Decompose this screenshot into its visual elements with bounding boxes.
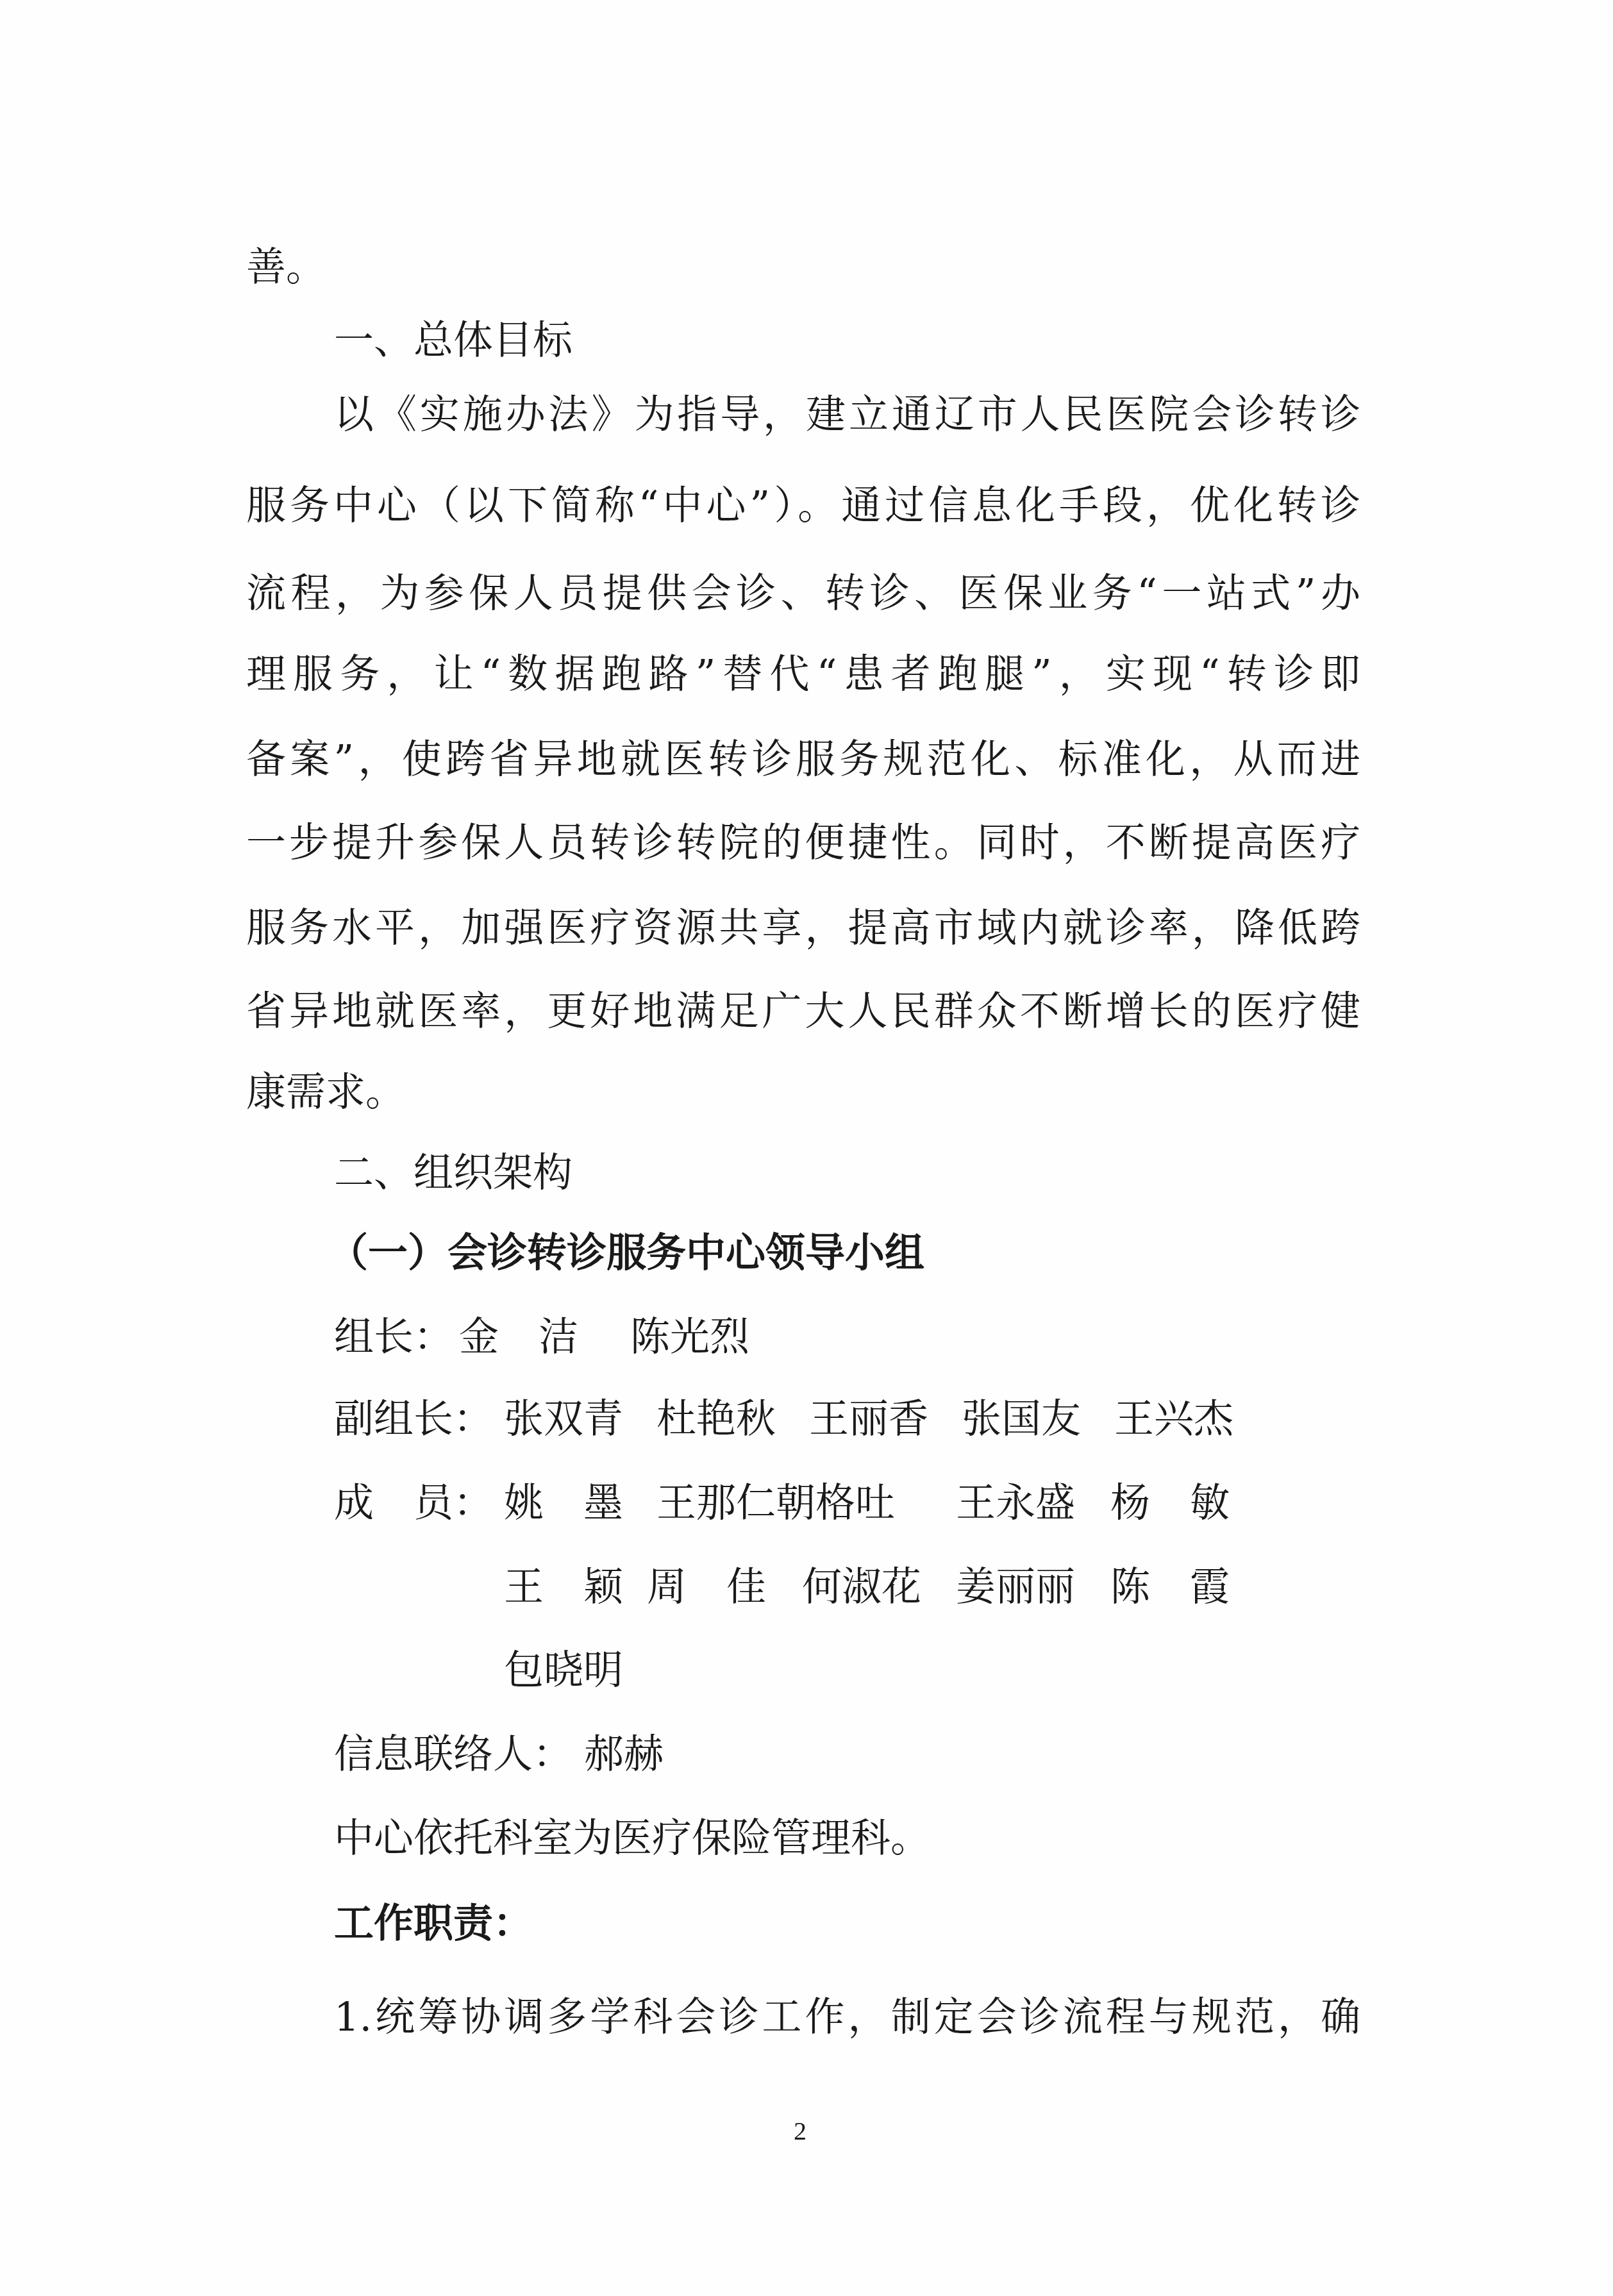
deputy-name: 杜艳秋 (656, 1377, 776, 1461)
section-1-paragraph-line: 理服务，让“数据跑路”替代“患者跑腿”，实现“转诊即 (246, 633, 1360, 716)
section-1-paragraph-line: 以《实施办法》为指导，建立通辽市人民医院会诊转诊 (334, 373, 1360, 456)
members-label: 成 员： (334, 1461, 493, 1545)
section-1-paragraph-line: 省异地就医率，更好地满足广大人民群众不断增长的医疗健 (246, 970, 1360, 1053)
liaison-name: 郝赫 (584, 1713, 664, 1796)
section-1-paragraph-line: 康需求。 (246, 1051, 1360, 1134)
deputy-label: 副组长： (334, 1377, 493, 1461)
deputy-name: 张双青 (504, 1377, 623, 1461)
host-department-text: 中心依托科室为医疗保险管理科。 (334, 1797, 930, 1880)
liaison-row: 信息联络人： 郝赫 (334, 1713, 1103, 1796)
member-name: 周 佳 (647, 1545, 766, 1629)
member-name: 包晓明 (504, 1629, 623, 1712)
duty-item: 1.统筹协调多学科会诊工作，制定会诊流程与规范，确 (334, 1976, 1360, 2059)
liaison-label: 信息联络人： (334, 1713, 572, 1796)
section-1-title: 一、总体目标 (334, 299, 572, 382)
member-name: 杨 敏 (1110, 1461, 1230, 1545)
deputy-row: 副组长： 张双青 杜艳秋 王丽香 张国友 王兴杰 (334, 1377, 1360, 1461)
section-1-paragraph-line: 备案”，使跨省异地就医转诊服务规范化、标准化，从而进 (246, 718, 1360, 801)
member-name: 陈 霞 (1110, 1545, 1230, 1629)
duties-title: 工作职责： (334, 1882, 533, 1965)
section-1-paragraph-line: 服务水平，加强医疗资源共享，提高市域内就诊率，降低跨 (246, 886, 1360, 970)
leader-name: 陈光烈 (630, 1295, 749, 1379)
deputy-name: 王丽香 (809, 1377, 928, 1461)
members-row: 包晓明 (334, 1629, 1360, 1712)
section-1-paragraph-line: 一步提升参保人员转诊转院的便捷性。同时，不断提高医疗 (246, 801, 1360, 885)
members-row: 王 颖 周 佳 何淑花 姜丽丽 陈 霞 (334, 1545, 1360, 1629)
section-1-paragraph-line: 流程，为参保人员提供会诊、转诊、医保业务“一站式”办 (246, 552, 1360, 635)
leader-label: 组长： (334, 1295, 453, 1379)
leader-row: 组长： 金 洁 陈光烈 (334, 1295, 1232, 1379)
section-1-paragraph-line: 服务中心（以下简称“中心”）。通过信息化手段，优化转诊 (246, 464, 1360, 547)
page-number: 2 (787, 2109, 813, 2154)
section-2-title: 二、组织架构 (334, 1131, 572, 1215)
member-name: 姜丽丽 (956, 1545, 1075, 1629)
intro-tail-text: 善。 (246, 226, 1360, 309)
member-name: 王那仁朝格吐 (656, 1461, 895, 1545)
document-page: 善。 一、总体目标 以《实施办法》为指导，建立通辽市人民医院会诊转诊 服务中心（… (0, 0, 1613, 2296)
deputy-name: 张国友 (962, 1377, 1081, 1461)
member-name: 何淑花 (802, 1545, 921, 1629)
deputy-name: 王兴杰 (1114, 1377, 1233, 1461)
leader-name: 金 洁 (459, 1295, 578, 1379)
member-name: 王 颖 (504, 1545, 623, 1629)
member-name: 王永盛 (956, 1461, 1075, 1545)
subsection-1-title: （一）会诊转诊服务中心领导小组 (328, 1211, 924, 1295)
member-name: 姚 墨 (504, 1461, 623, 1545)
members-row: 成 员： 姚 墨 王那仁朝格吐 王永盛 杨 敏 (334, 1461, 1360, 1545)
